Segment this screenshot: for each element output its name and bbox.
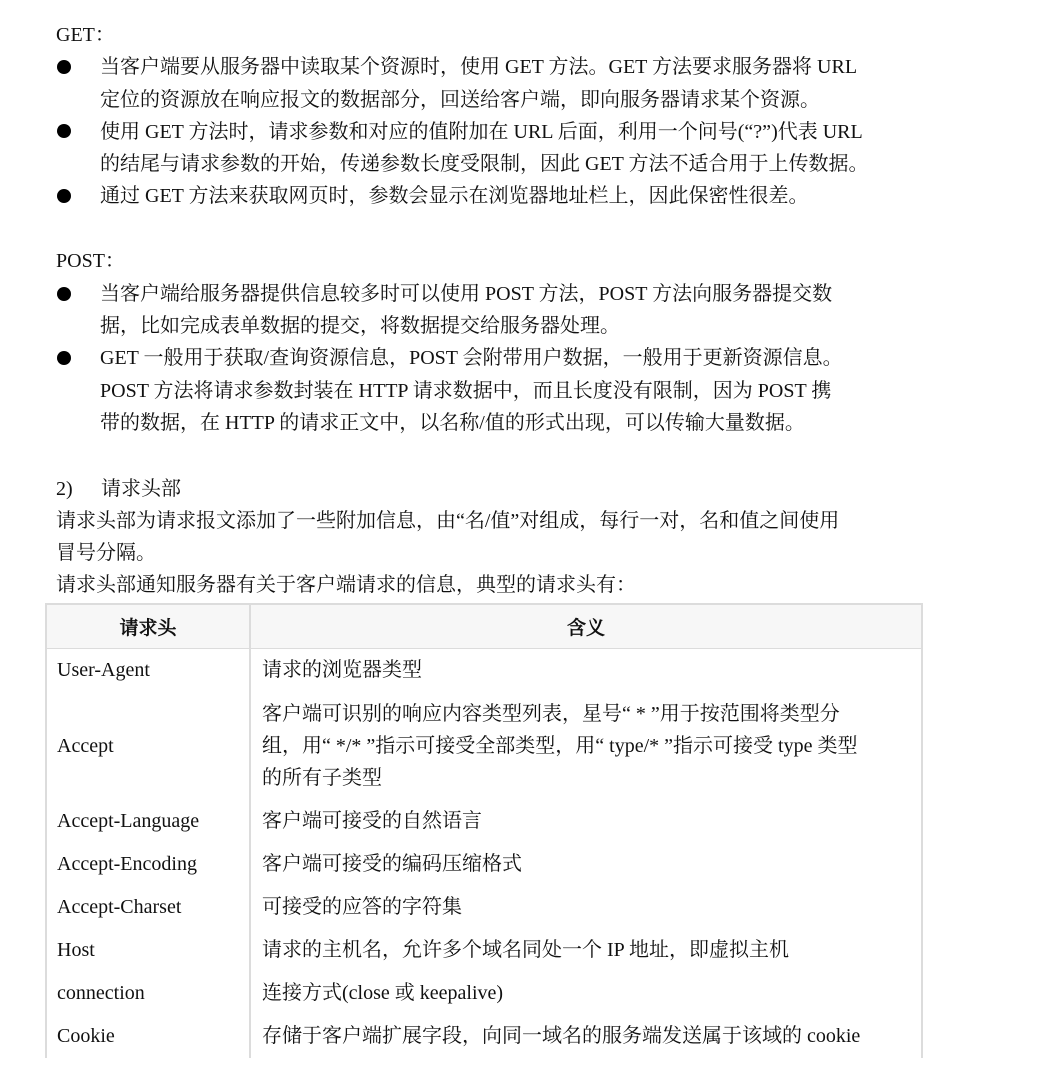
header-name-cell: Accept-Charset [46, 886, 250, 929]
post-bullet-2-line-3: 带的数据，在 HTTP 的请求正文中，以名称/值的形式出现，可以传输大量数据。 [100, 407, 805, 439]
get-bullet-1-line-2: 定位的资源放在响应报文的数据部分，回送给客户端，即向服务器请求某个资源。 [100, 84, 820, 116]
table-row: Accept 客户端可识别的响应内容类型列表，星号“ * ”用于按范围将类型分 … [46, 692, 922, 800]
table-row: connection 连接方式(close 或 keepalive) [46, 972, 922, 1015]
get-bullet-2-line-1: 使用 GET 方法时，请求参数和对应的值附加在 URL 后面，利用一个问号(“?… [100, 116, 863, 148]
bullet-icon [57, 189, 71, 203]
table-header-row: 请求头 含义 [46, 604, 922, 649]
get-bullet-3-line-1: 通过 GET 方法来获取网页时，参数会显示在浏览器地址栏上，因此保密性很差。 [100, 180, 809, 212]
header-meaning-cell: 连接方式(close 或 keepalive) [250, 972, 922, 1015]
header-meaning-cell: 请求的主机名，允许多个域名同处一个 IP 地址，即虚拟主机 [250, 929, 922, 972]
header-meaning-cell: 可接受的应答的字符集 [250, 886, 922, 929]
header-name-cell: User-Agent [46, 649, 250, 692]
header-meaning-cell: 请求的浏览器类型 [250, 649, 922, 692]
header-name-cell: Accept-Encoding [46, 843, 250, 886]
header-meaning-cell: 存储于客户端扩展字段，向同一域名的服务端发送属于该域的 cookie [250, 1015, 922, 1058]
post-bullet-2-line-2: POST 方法将请求参数封装在 HTTP 请求数据中，而且长度没有限制，因为 P… [100, 375, 831, 407]
header-name-cell: connection [46, 972, 250, 1015]
header-meaning-cell: 客户端可接受的编码压缩格式 [250, 843, 922, 886]
table-row: Host 请求的主机名，允许多个域名同处一个 IP 地址，即虚拟主机 [46, 929, 922, 972]
table-row: Accept-Encoding 客户端可接受的编码压缩格式 [46, 843, 922, 886]
meaning-line: 组，用“ */* ”指示可接受全部类型，用“ type/* ”指示可接受 typ… [262, 730, 911, 762]
header-name-cell: Cookie [46, 1015, 250, 1058]
header-name-cell: Host [46, 929, 250, 972]
meaning-line: 客户端可识别的响应内容类型列表，星号“ * ”用于按范围将类型分 [262, 698, 911, 730]
column-header-meaning: 含义 [250, 604, 922, 649]
bullet-icon [57, 60, 71, 74]
meaning-line: 的所有子类型 [262, 762, 911, 794]
post-bullet-1-line-1: 当客户端给服务器提供信息较多时可以使用 POST 方法，POST 方法向服务器提… [100, 278, 832, 310]
post-heading: POST： [56, 245, 125, 277]
get-bullet-1-line-1: 当客户端要从服务器中读取某个资源时，使用 GET 方法。GET 方法要求服务器将… [100, 51, 857, 83]
table-intro: 请求头部通知服务器有关于客户端请求的信息，典型的请求头有： [56, 569, 636, 601]
section-paragraph-line-1: 请求头部为请求报文添加了一些附加信息，由“名/值”对组成，每行一对，名和值之间使… [56, 505, 839, 537]
bullet-icon [57, 287, 71, 301]
section-number: 2) [56, 473, 73, 505]
bullet-icon [57, 124, 71, 138]
get-bullet-2-line-2: 的结尾与请求参数的开始，传递参数长度受限制，因此 GET 方法不适合用于上传数据… [100, 148, 869, 180]
table-row: Cookie 存储于客户端扩展字段，向同一域名的服务端发送属于该域的 cooki… [46, 1015, 922, 1058]
header-name-cell: Accept-Language [46, 800, 250, 843]
post-bullet-1-line-2: 据，比如完成表单数据的提交，将数据提交给服务器处理。 [100, 310, 620, 342]
request-headers-table: 请求头 含义 User-Agent 请求的浏览器类型 Accept 客户端可识别… [45, 603, 923, 1058]
get-heading: GET： [56, 19, 115, 51]
post-bullet-2-line-1: GET 一般用于获取/查询资源信息，POST 会附带用户数据，一般用于更新资源信… [100, 342, 843, 374]
table-row: Accept-Language 客户端可接受的自然语言 [46, 800, 922, 843]
bullet-icon [57, 351, 71, 365]
column-header-name: 请求头 [46, 604, 250, 649]
header-meaning-cell: 客户端可识别的响应内容类型列表，星号“ * ”用于按范围将类型分 组，用“ */… [250, 692, 922, 800]
header-name-cell: Accept [46, 692, 250, 800]
section-title: 请求头部 [101, 473, 181, 505]
header-meaning-cell: 客户端可接受的自然语言 [250, 800, 922, 843]
table-row: User-Agent 请求的浏览器类型 [46, 649, 922, 692]
table-row: Accept-Charset 可接受的应答的字符集 [46, 886, 922, 929]
section-paragraph-line-2: 冒号分隔。 [56, 537, 156, 569]
